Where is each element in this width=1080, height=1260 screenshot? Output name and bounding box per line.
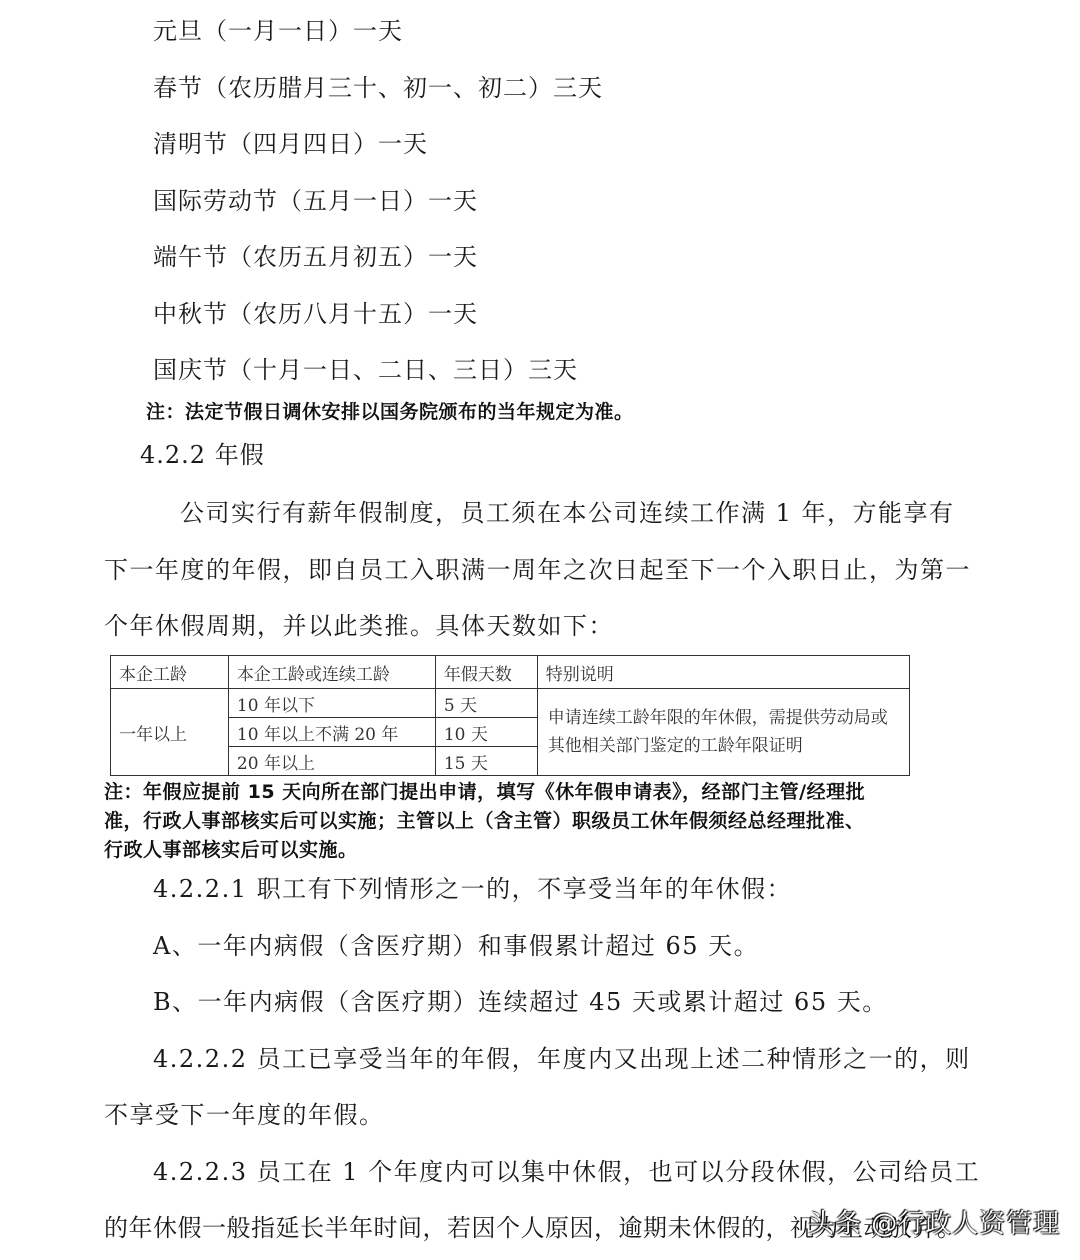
holiday-national-day: 国庆节（十月一日、二日、三日）三天 — [153, 355, 578, 385]
table-header-row: 本企工龄 本企工龄或连续工龄 年假天数 特别说明 — [111, 656, 910, 689]
days-cell: 10 天 — [435, 718, 537, 747]
source-watermark: 头条 @行政人资管理 — [808, 1203, 1060, 1240]
header-company-seniority: 本企工龄 — [111, 656, 229, 689]
special-note-cell: 申请连续工龄年限的年休假，需提供劳动局或其他相关部门鉴定的工龄年限证明 — [537, 689, 909, 776]
table-note-line-2: 准，行政人事部核实后可以实施；主管以上（含主管）职级员工休年假须经总经理批准、 — [104, 808, 865, 834]
table-note-line-1: 注：年假应提前 15 天向所在部门提出申请，填写《休年假申请表》，经部门主管/经… — [104, 779, 865, 805]
intro-line-3: 个年休假周期，并以此类推。具体天数如下： — [104, 611, 614, 641]
table-row: 一年以上 10 年以下 5 天 申请连续工龄年限的年休假，需提供劳动局或其他相关… — [111, 689, 910, 718]
intro-line-2: 下一年度的年假，即自员工入职满一周年之次日起至下一个入职日止，为第一 — [104, 555, 971, 585]
holiday-mid-autumn: 中秋节（农历八月十五）一天 — [153, 299, 478, 329]
annual-leave-table: 本企工龄 本企工龄或连续工龄 年假天数 特别说明 一年以上 10 年以下 5 天… — [110, 655, 910, 776]
days-cell: 5 天 — [435, 689, 537, 718]
header-leave-days: 年假天数 — [435, 656, 537, 689]
clause-4-2-2-2-line-1: 4.2.2.2 员工已享受当年的年假，年度内又出现上述二种情形之一的，则 — [153, 1044, 971, 1074]
table-note-line-3: 行政人事部核实后可以实施。 — [104, 837, 358, 863]
days-cell: 15 天 — [435, 747, 537, 776]
holiday-labor-day: 国际劳动节（五月一日）一天 — [153, 186, 478, 216]
clause-4-2-2-1-b: B、一年内病假（含医疗期）连续超过 45 天或累计超过 65 天。 — [153, 987, 888, 1017]
group-label-cell: 一年以上 — [111, 689, 229, 776]
holiday-note: 注：法定节假日调休安排以国务院颁布的当年规定为准。 — [146, 399, 634, 425]
holiday-dragon-boat: 端午节（农历五月初五）一天 — [153, 242, 478, 272]
clause-4-2-2-3-line-1: 4.2.2.3 员工在 1 个年度内可以集中休假，也可以分段休假，公司给员工 — [153, 1157, 980, 1187]
section-heading-annual-leave: 4.2.2 年假 — [140, 440, 265, 470]
header-seniority-or-continuous: 本企工龄或连续工龄 — [228, 656, 435, 689]
seniority-cell: 10 年以上不满 20 年 — [228, 718, 435, 747]
holiday-spring-festival: 春节（农历腊月三十、初一、初二）三天 — [153, 73, 603, 103]
clause-4-2-2-1: 4.2.2.1 职工有下列情形之一的，不享受当年的年休假： — [153, 874, 792, 904]
holiday-new-year: 元旦（一月一日）一天 — [153, 16, 403, 46]
clause-4-2-2-1-a: A、一年内病假（含医疗期）和事假累计超过 65 天。 — [153, 931, 759, 961]
seniority-cell: 20 年以上 — [228, 747, 435, 776]
holiday-qingming: 清明节（四月四日）一天 — [153, 129, 428, 159]
clause-4-2-2-2-line-2: 不享受下一年度的年假。 — [104, 1100, 385, 1130]
seniority-cell: 10 年以下 — [228, 689, 435, 718]
header-special-note: 特别说明 — [537, 656, 909, 689]
intro-line-1: 公司实行有薪年假制度，员工须在本公司连续工作满 1 年，方能享有 — [180, 498, 955, 528]
